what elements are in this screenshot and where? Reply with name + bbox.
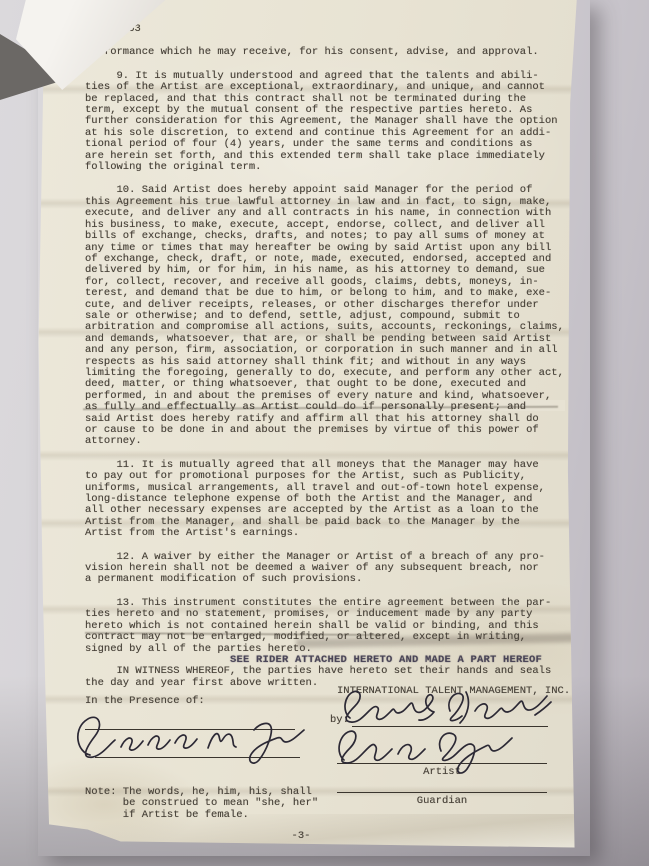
guardian-label: Guardian — [337, 796, 547, 807]
gender-note: Note: The words, he, him, his, shall be … — [85, 787, 318, 821]
date-stamp: -29-63 — [103, 24, 577, 35]
page-number: -3- — [271, 831, 331, 842]
witness-signature — [68, 710, 310, 768]
clause-12: 12. A waiver by either the Manager or Ar… — [85, 552, 577, 586]
clause-11: 11. It is mutually agreed that all money… — [85, 460, 577, 540]
contract-page: -29-63 performance which he may receive,… — [38, 0, 590, 856]
photo-of-contract: -29-63 performance which he may receive,… — [0, 0, 649, 866]
clause-13: 13. This instrument constitutes the enti… — [85, 598, 577, 655]
clause-10: 10. Said Artist does hereby appoint said… — [85, 185, 577, 447]
artist-signature — [330, 722, 545, 778]
clause-9: 9. It is mutually understood and agreed … — [85, 71, 577, 174]
presence-label: In the Presence of: — [85, 696, 205, 707]
guardian-signature-line — [337, 792, 547, 793]
carryover-line: performance which he may receive, for hi… — [85, 47, 577, 58]
